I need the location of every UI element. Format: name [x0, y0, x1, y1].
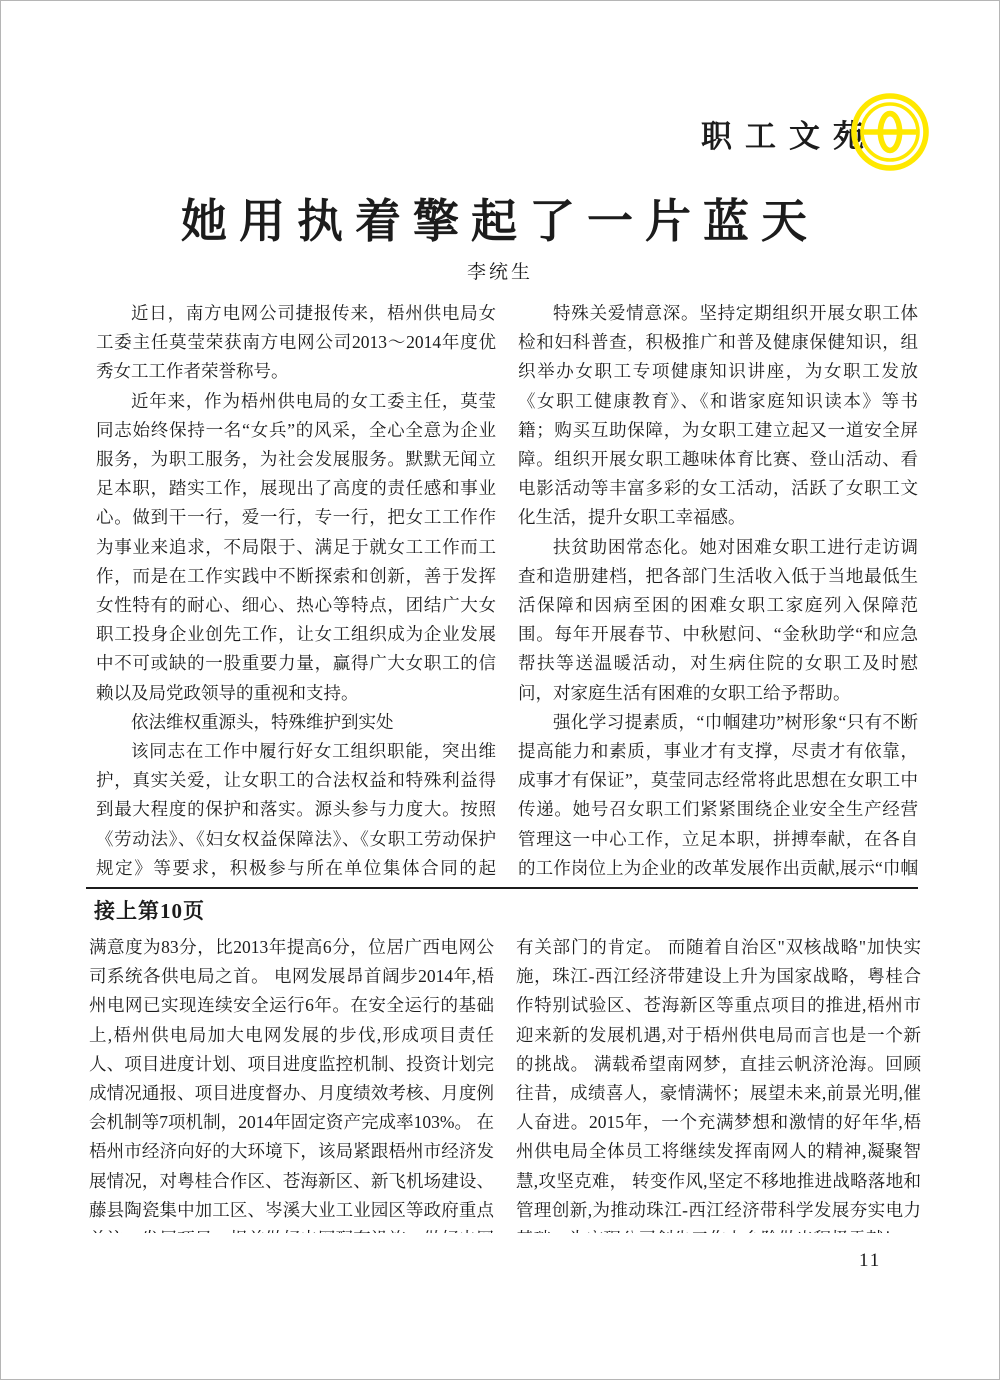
- continuation-paragraph: 有关部门的肯定。 而随着自治区"双核战略"加快实施，珠江-西江经济带建设上升为国…: [516, 933, 921, 1233]
- article-paragraph: 近年来，作为梧州供电局的女工委主任，莫莹同志始终保持一名“女兵”的风采，全心全意…: [96, 387, 496, 708]
- section-divider: [86, 887, 918, 889]
- article-subheading: 依法维权重源头，特殊维护到实处: [96, 708, 496, 737]
- article-title: 她用执着擎起了一片蓝天: [1, 185, 999, 251]
- article-author: 李统生: [1, 257, 999, 284]
- article-paragraph: 强化学习提素质，“巾帼建功”树形象“只有不断提高能力和素质，事业才有支撑，尽责才…: [518, 708, 918, 883]
- article-paragraph: 特殊关爱情意深。坚持定期组织开展女职工体检和妇科普查，积极推广和普及健康保健知识…: [518, 299, 918, 533]
- continuation-left-column: 满意度为83分，比2013年提高6分，位居广西电网公司系统各供电局之首。 电网发…: [89, 933, 494, 1233]
- article-paragraph: 近日，南方电网公司捷报传来，梧州供电局女工委主任莫莹荣获南方电网公司2013～2…: [96, 299, 496, 387]
- article-paragraph: 扶贫助困常态化。她对困难女职工进行走访调查和造册建档，把各部门生活收入低于当地最…: [518, 533, 918, 708]
- article-paragraph: 该同志在工作中履行好女工组织职能，突出维护，真实关爱，让女职工的合法权益和特殊利…: [96, 737, 496, 883]
- magazine-page: 职工文苑 她用执着擎起了一片蓝天 李统生 近日，南方电网公司捷报传来，梧州供电局…: [0, 0, 1000, 1380]
- article-right-column: 特殊关爱情意深。坚持定期组织开展女职工体检和妇科普查，积极推广和普及健康保健知识…: [518, 299, 918, 883]
- page-number: 11: [859, 1250, 881, 1272]
- article-body: 近日，南方电网公司捷报传来，梧州供电局女工委主任莫莹荣获南方电网公司2013～2…: [96, 299, 918, 883]
- continuation-body: 满意度为83分，比2013年提高6分，位居广西电网公司系统各供电局之首。 电网发…: [89, 933, 921, 1233]
- continuation-heading: 接上第10页: [94, 895, 205, 925]
- continuation-right-column: 有关部门的肯定。 而随着自治区"双核战略"加快实施，珠江-西江经济带建设上升为国…: [516, 933, 921, 1233]
- trade-union-logo-icon: [850, 92, 930, 172]
- article-left-column: 近日，南方电网公司捷报传来，梧州供电局女工委主任莫莹荣获南方电网公司2013～2…: [96, 299, 496, 883]
- continuation-paragraph: 满意度为83分，比2013年提高6分，位居广西电网公司系统各供电局之首。 电网发…: [89, 933, 494, 1233]
